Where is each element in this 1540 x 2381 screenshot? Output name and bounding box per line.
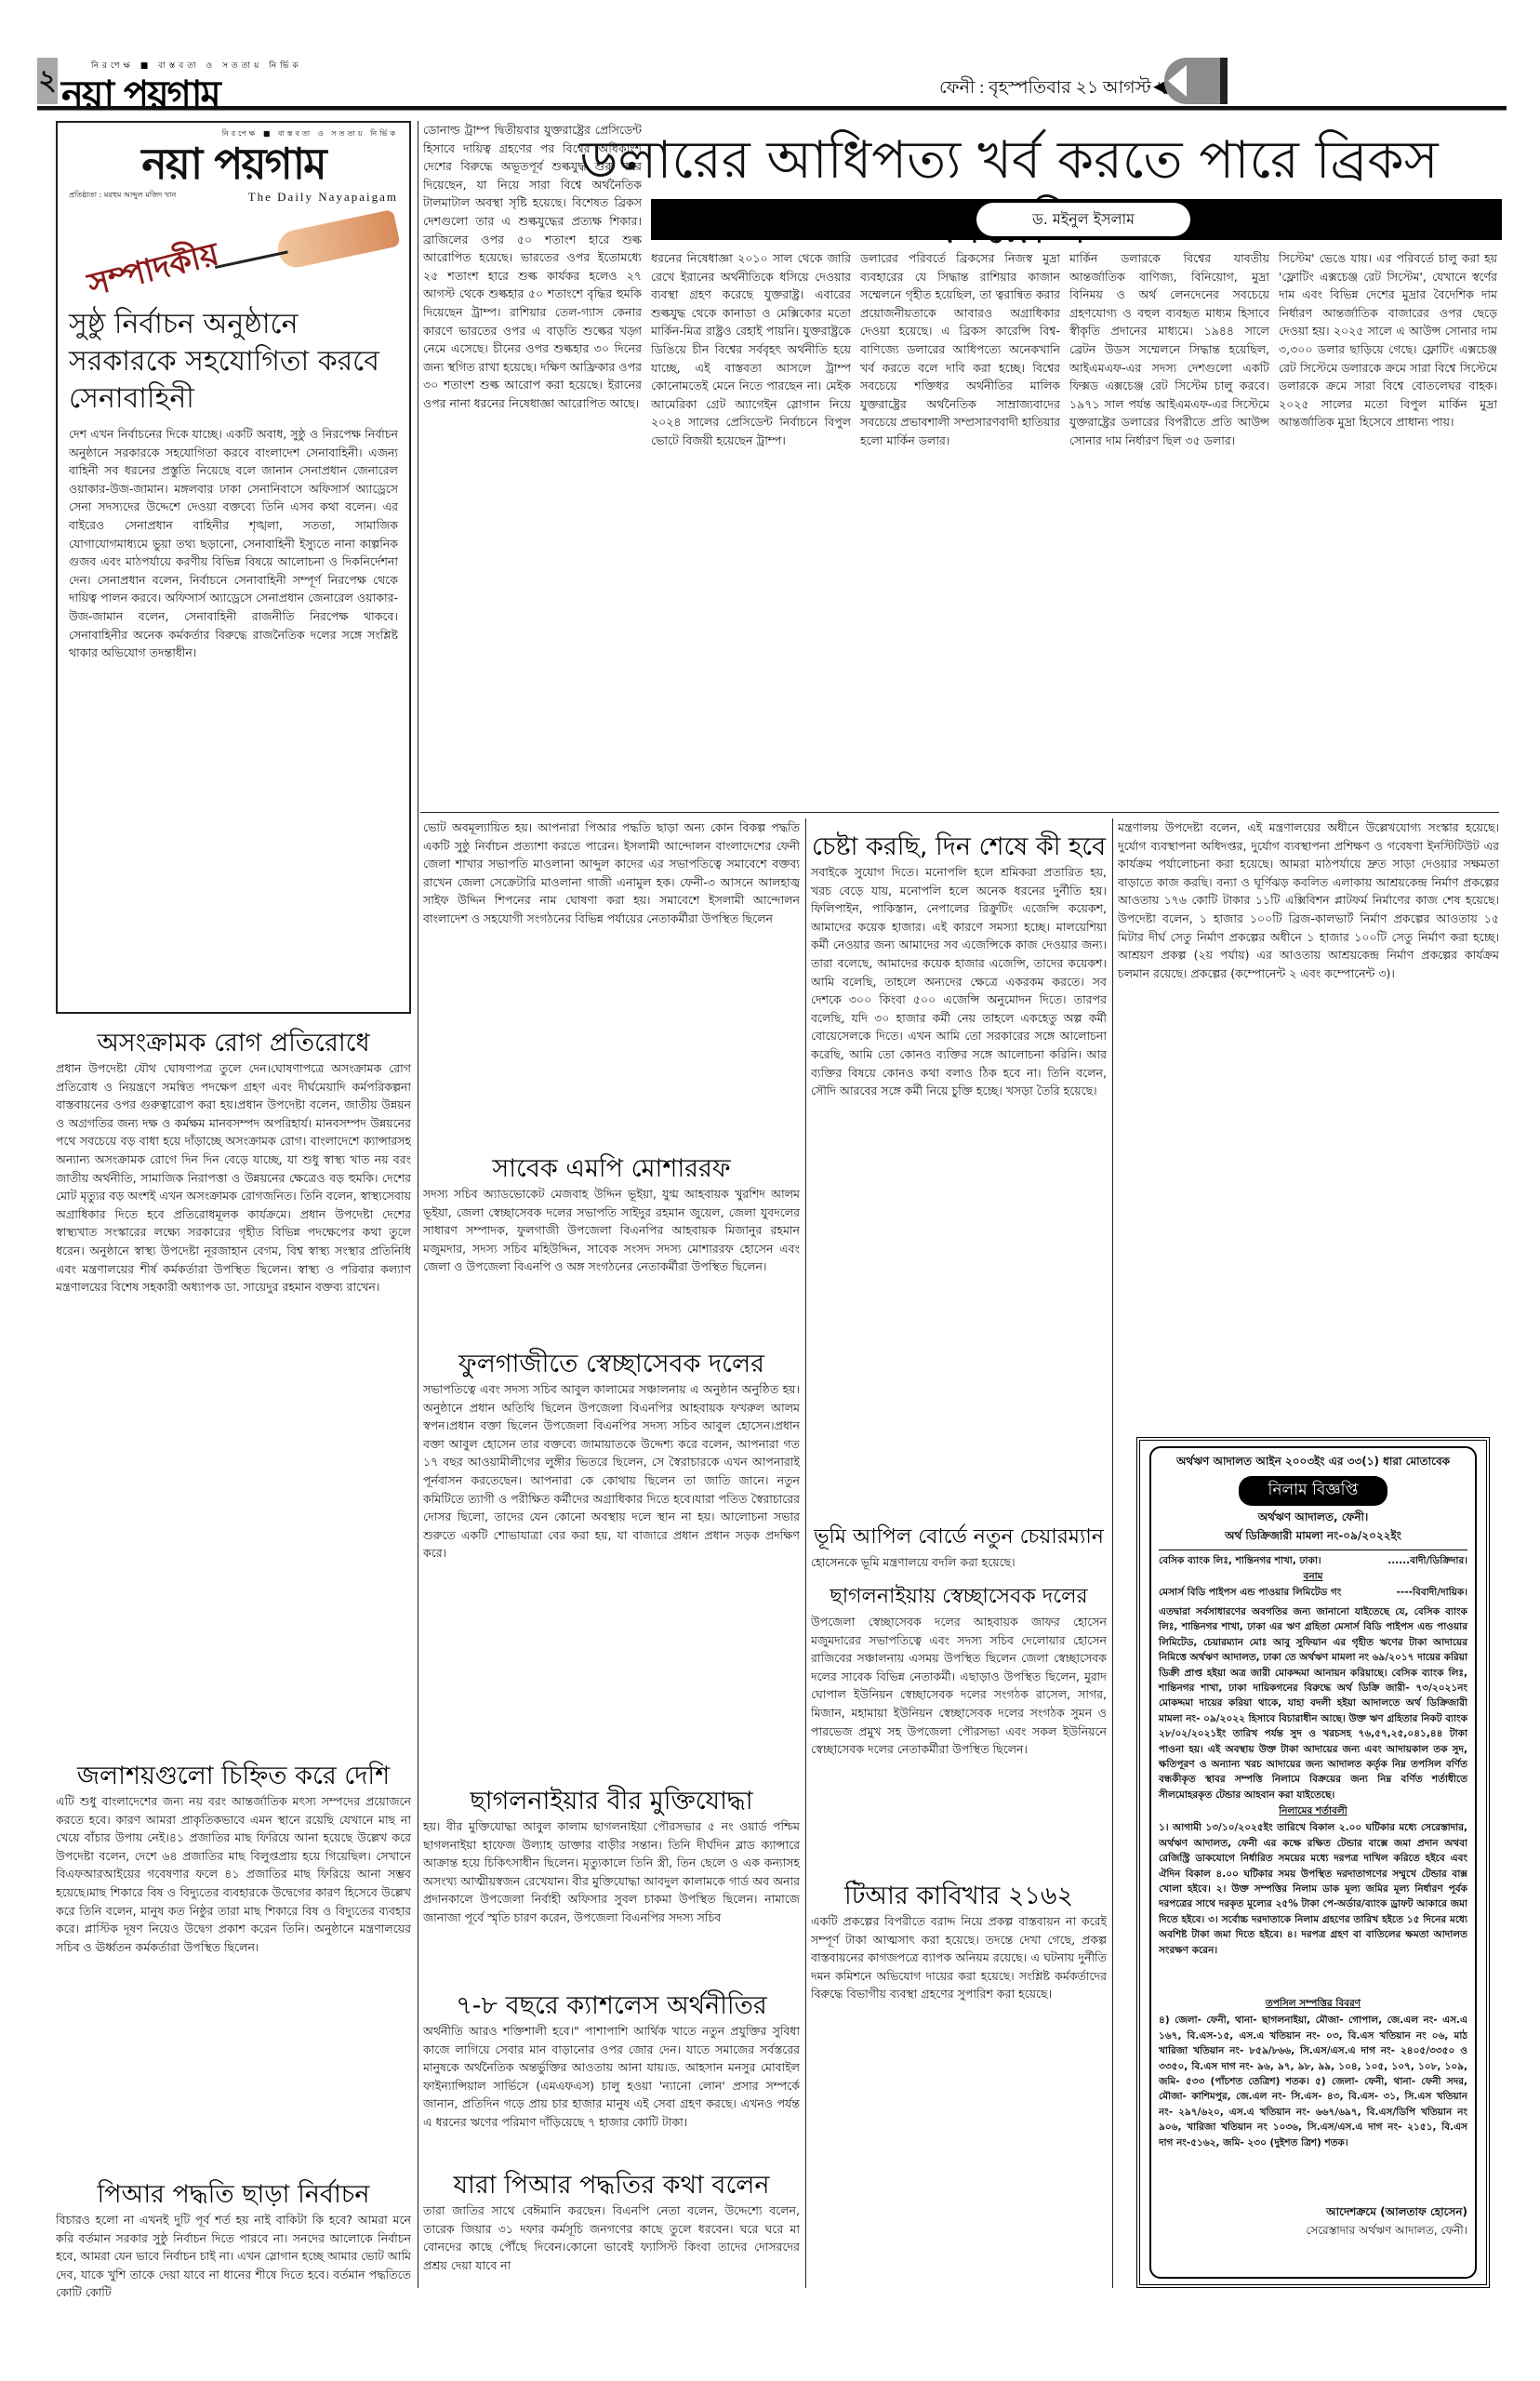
editorial-body: দেশ এখন নির্বাচনের দিকে যাচ্ছে। একটি অবা… bbox=[69, 425, 398, 927]
column-divider bbox=[1112, 818, 1113, 2288]
editorial-logo: নয়া পয়গাম bbox=[69, 140, 398, 187]
article-body: অর্থনীতি আরও শক্তিশালী হবে।" পাশাপাশি আর… bbox=[423, 2022, 800, 2166]
page-tab-icon[interactable] bbox=[1164, 58, 1220, 104]
notice-signature-title: সেরেস্তাদার অর্থঋণ আদালত, ফেনী। bbox=[1159, 2223, 1467, 2241]
page-number: ২ bbox=[37, 58, 58, 104]
article-body: প্রধান উপদেষ্টা যৌথ ঘোষণাপত্র তুলে দেন।ঘ… bbox=[56, 1059, 411, 1748]
auction-notice: অর্থঋণ আদালত আইন ২০০৩ইং এর ৩৩(১) ধারা মো… bbox=[1136, 1437, 1490, 2288]
column-divider bbox=[418, 121, 418, 2288]
section-divider bbox=[420, 812, 1499, 813]
lead-column: ডলারের পরিবর্তে ব্রিকসের নিজস্ব মুদ্রা ব… bbox=[860, 249, 1060, 807]
article-body: বিচারও হলো না এখনই দুটি পূর্ব শর্ত হয় ন… bbox=[56, 2211, 411, 2304]
notice-title: নিলাম বিজ্ঞপ্তি bbox=[1239, 1476, 1387, 1506]
article-headline[interactable]: যারা পিআর পদ্ধতির কথা বলেন bbox=[423, 2170, 800, 2201]
notice-versus: বনাম bbox=[1159, 1570, 1467, 1586]
byline: ড. মইনুল ইসলাম bbox=[976, 203, 1190, 236]
article-body: হয়। বীর মুক্তিযোদ্ধা আবুল কালাম ছাগলনাই… bbox=[423, 1817, 800, 1985]
left-column: অসংক্রামক রোগ প্রতিরোধে প্রধান উপদেষ্টা … bbox=[56, 1028, 411, 2304]
article-headline[interactable]: টিআর কাবিখার ২১৬২ bbox=[811, 1881, 1107, 1912]
notice-conditions: ১। আগামী ১৩/১০/২০২৫ইং তারিখে বিকাল ২.০০ … bbox=[1159, 1820, 1467, 1997]
notice-court: অর্থঋণ আদালত, ফেনী। bbox=[1159, 1510, 1467, 1528]
notice-case-no: অর্থ ডিক্রিজারী মামলা নং-০৯/২০২২ইং bbox=[1159, 1528, 1467, 1550]
notice-body: এতদ্বারা সর্বসাধারণের অবগতির জন্য জানানো… bbox=[1159, 1604, 1467, 1802]
article-headline[interactable]: ছাগলনাইয়ার বীর মুক্তিযোদ্ধা bbox=[423, 1786, 800, 1817]
lead-column: মার্কিন ডলারকে বিশ্বের যাবতীয় আন্তর্জাত… bbox=[1069, 249, 1269, 807]
notice-defendant-role: ----বিবাদী/দায়িক। bbox=[1397, 1586, 1467, 1602]
notice-schedule: ৪) জেলা- ফেনী, থানা- ছাগলনাইয়া, মৌজা- গ… bbox=[1159, 2013, 1467, 2199]
article-body: তারা জাতির সাথে বেঈমানি করছেন। বিএনপি নে… bbox=[423, 2201, 800, 2295]
article-headline[interactable]: সাবেক এমপি মোশাররফ bbox=[423, 1153, 800, 1185]
article-body: হোসেনকে ভূমি মন্ত্রণালয়ে বদলি করা হয়েছ… bbox=[811, 1553, 1107, 1576]
editorial-headline[interactable]: সুষ্ঠু নির্বাচন অনুষ্ঠানে সরকারকে সহযোগি… bbox=[69, 306, 398, 418]
notice-plaintiff-role: ......বাদী/ডিক্রিদার। bbox=[1387, 1554, 1467, 1570]
editorial-box: নিরপেক্ষ ■ বাস্তবতা ও সততায় নির্ভিক নয়… bbox=[56, 121, 411, 1014]
right-column: আমাদের কাছে যোগাযোগ করে কর্মী পাঠানোর জন… bbox=[811, 818, 1107, 2303]
article-headline[interactable]: চেষ্টা করছি, দিন শেষে কী হবে bbox=[811, 831, 1107, 863]
article-body: ভোট অবমূল্যায়িত হয়। আপনারা পিআর পদ্ধতি… bbox=[423, 818, 800, 1153]
article-headline[interactable]: অসংক্রামক রোগ প্রতিরোধে bbox=[56, 1028, 411, 1059]
masthead-logo[interactable]: নয়া পয়গাম bbox=[61, 65, 219, 112]
notice-plaintiff: বেসিক ব্যাংক লিঃ, শান্তিনগর শাখা, ঢাকা। bbox=[1159, 1554, 1321, 1570]
article-headline[interactable]: ফুলগাজীতে স্বেচ্ছাসেবক দলের bbox=[423, 1349, 800, 1380]
editorial-section-label: সম্পাদকীয় bbox=[83, 231, 225, 314]
article-body: সদস্য সচিব অ্যাডভোকেট মেজবাহ উদ্দিন ভূইয… bbox=[423, 1185, 800, 1343]
article-body: সভাপতিত্বে এবং সদস্য সচিব আবুল কালামের স… bbox=[423, 1380, 800, 1780]
editorial-english-name: The Daily Nayapaigam bbox=[248, 190, 398, 205]
lead-column: সিস্টেম' ভেঙে যায়। এর পরিবর্তে চালু করা… bbox=[1279, 249, 1497, 807]
pen-hand-icon bbox=[274, 209, 400, 271]
far-right-article-body: মন্ত্রণালয় উপদেষ্টা বলেন, এই মন্ত্রণালয… bbox=[1118, 818, 1499, 1428]
article-body: উপজেলা স্বেচ্ছাসেবক দলের আহবায়ক জাফর হো… bbox=[811, 1613, 1107, 1873]
notice-signature-name: আদেশক্রমে (আলতাফ হোসেন) bbox=[1159, 2204, 1467, 2223]
page-tab-bar bbox=[1220, 58, 1228, 104]
masthead-rule bbox=[37, 106, 1507, 111]
notice-schedule-title: তপসিল সম্পত্তির বিবরণ bbox=[1159, 1997, 1467, 2013]
article-headline[interactable]: পিআর পদ্ধতি ছাড়া নির্বাচন bbox=[56, 2179, 411, 2211]
editorial-founder: প্রতিষ্ঠাতা : মরহুম আব্দুল মজিদ খান bbox=[69, 190, 176, 205]
article-headline[interactable]: ৭-৮ বছরে ক্যাশলেস অর্থনীতির bbox=[423, 1990, 800, 2022]
notice-conditions-title: নিলামের শর্তাবলী bbox=[1159, 1804, 1467, 1820]
article-body: সবাইকে সুযোগ দিতে। মনোপলি হলে শ্রমিকরা প… bbox=[811, 863, 1107, 1514]
article-headline[interactable]: জলাশয়গুলো চিহ্নিত করে দেশি bbox=[56, 1761, 411, 1792]
column-divider bbox=[805, 818, 806, 2288]
article-headline[interactable]: ছাগলনাইয়ায় স্বেচ্ছাসেবক দলের bbox=[811, 1581, 1107, 1613]
notice-law-ref: অর্থঋণ আদালত আইন ২০০৩ইং এর ৩৩(১) ধারা মো… bbox=[1159, 1454, 1467, 1472]
article-body: একটি প্রকল্পের বিপরীতে বরাদ্দ নিয়ে প্রক… bbox=[811, 1912, 1107, 2303]
article-headline[interactable]: ভূমি আপিল বোর্ডে নতুন চেয়ারম্যান bbox=[811, 1522, 1107, 1553]
notice-defendant: মেসার্স বিডি পাইপস এন্ড পাওয়ার লিমিটেড … bbox=[1159, 1586, 1341, 1602]
middle-column: ভোট অবমূল্যায়িত হয়। আপনারা পিআর পদ্ধতি… bbox=[423, 818, 800, 2295]
lead-column: ধরনের নিষেধাজ্ঞা ২০১০ সাল থেকে জারি রেখে… bbox=[651, 249, 851, 807]
editorial-banner: সম্পাদকীয় bbox=[69, 218, 398, 297]
article-body: এটি শুধু বাংলাদেশের জন্য নয় বরং আন্তর্জ… bbox=[56, 1792, 411, 2174]
